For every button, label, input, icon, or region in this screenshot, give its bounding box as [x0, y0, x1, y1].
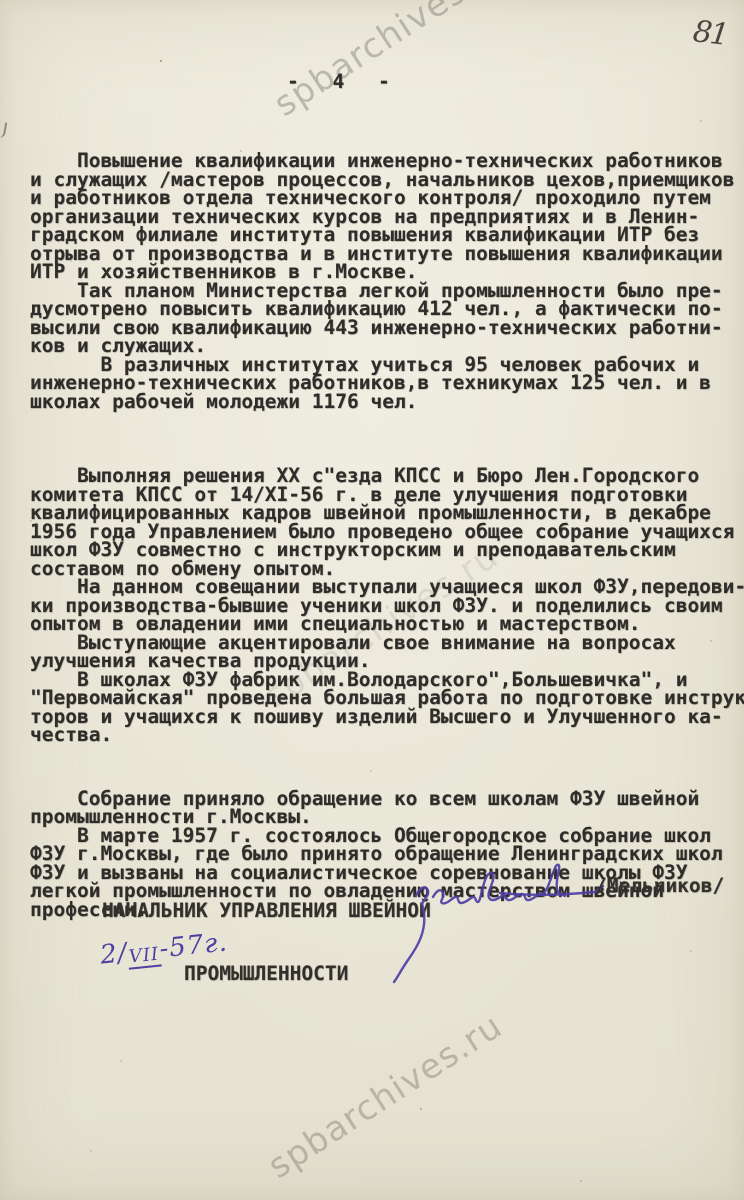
signature-title-line1: НАЧАЛЬНИК УПРАВЛЕНИЯ ШВЕЙНОЙ [102, 900, 431, 921]
handwritten-page-number: 81 [691, 14, 729, 53]
scanned-document-page: spbarchives.ru spbarchives.ru spbarchive… [0, 0, 744, 1200]
typed-text-line: торов и учащихся к пошиву изделий Высшег… [30, 708, 744, 727]
edge-artifact [0, 122, 7, 139]
watermark-top: spbarchives.ru [267, 0, 516, 125]
date-month-roman: VII [127, 943, 161, 969]
signee-name: /Мельников/ [595, 874, 724, 897]
typed-page-number: - 4 - [287, 70, 392, 93]
date-day: 2/ [99, 938, 129, 971]
document-body: Повышение квалификации инженерно-техниче… [30, 115, 744, 956]
paragraph-block-1: Повышение квалификации инженерно-техниче… [30, 152, 744, 411]
typed-text-line: чества. [30, 726, 744, 745]
watermark-bottom: spbarchives.ru [261, 1006, 510, 1187]
typed-text-line: школах рабочей молодежи 1176 чел. [30, 393, 744, 412]
paragraph-block-2: Выполняя решения XX с"езда КПСС и Бюро Л… [30, 467, 744, 745]
